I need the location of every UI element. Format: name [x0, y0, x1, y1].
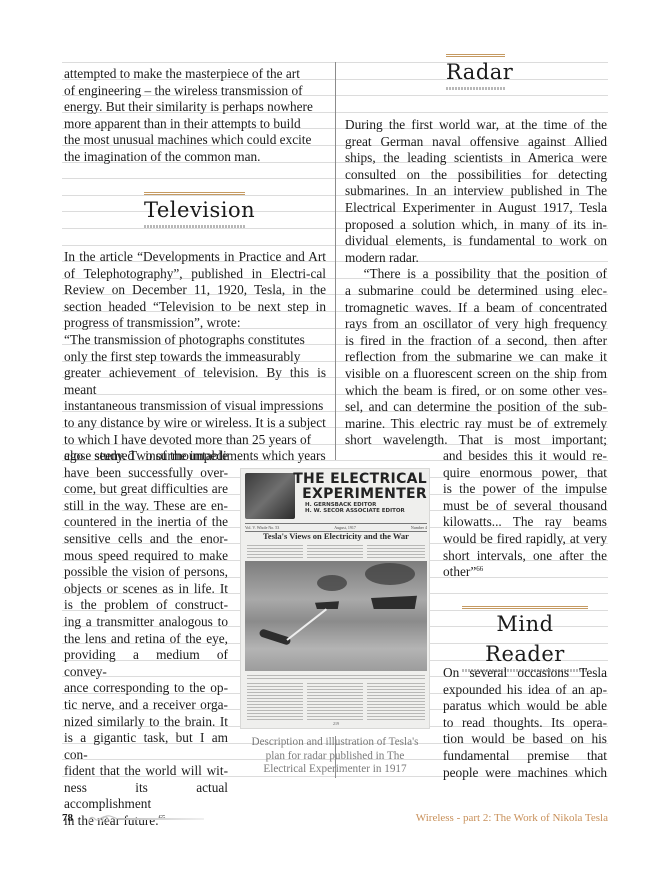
radar-quote-last-line: other”66: [443, 564, 607, 581]
intro-line: attempted to make the masterpiece of the…: [64, 66, 326, 83]
submarine: [259, 628, 292, 645]
radar-line: Electrical Experimenter in August 1917, …: [345, 200, 607, 217]
television-paragraph: In the article “Developments in Practice…: [64, 249, 326, 465]
mind-reader-line: people were machines which: [443, 765, 607, 782]
smoke-plume: [317, 575, 347, 591]
section-heading-mind-reader: Mind Reader: [462, 606, 588, 672]
quote-line: nized similarly to the brain. It: [64, 714, 228, 731]
article-text-block: [247, 675, 425, 681]
radar-quote-line: quire enormous power, that: [443, 465, 607, 482]
article-text-block: [367, 683, 425, 721]
magazine-title-line: EXPERIMENTER: [291, 487, 427, 502]
intro-line: more apparent than in their attempts to …: [64, 116, 326, 133]
quote-line: have been successfully over-: [64, 465, 228, 482]
radar-quote-line: would be fired rapidly, at very: [443, 531, 607, 548]
quote-line: to any distance by wire or wireless. It …: [64, 415, 326, 432]
intro-line: of engineering – the wireless transmissi…: [64, 83, 326, 100]
mind-reader-line: On several occasions Tesla: [443, 665, 607, 682]
footnote-ref-66[interactable]: 66: [476, 565, 483, 573]
radar-line: submarines. In an interview published in…: [345, 183, 607, 200]
radar-quote-line: “There is a possibility that the positio…: [345, 266, 607, 283]
heading-underline-ornament: [144, 225, 245, 228]
article-text-block: [307, 545, 363, 559]
radar-quote-line: short wavelength. That is most important…: [345, 432, 607, 449]
quote-line: instantaneous transmission of visual imp…: [64, 398, 326, 415]
quote-line: providing a medium of convey-: [64, 647, 228, 680]
radar-line: dividual elements, is fundamental to wor…: [345, 233, 607, 250]
page-number: 78: [62, 812, 73, 824]
quote-line: “The transmission of photographs constit…: [64, 332, 326, 349]
quote-line: sensitive cells and the enor-: [64, 531, 228, 548]
heading-title: Radar: [446, 57, 505, 87]
mind-reader-line: expounded his idea of an ap-: [443, 682, 607, 699]
radar-quote-line: kilowatts... The ray beams: [443, 514, 607, 531]
quote-line: is a gigantic task, but I am con-: [64, 730, 228, 763]
radar-quote-line: reflection from the submarine we can mak…: [345, 349, 607, 366]
radar-line: ships, the leading scientists in America…: [345, 150, 607, 167]
heading-title: Mind Reader: [462, 609, 588, 669]
quote-line: possible the vision of persons,: [64, 564, 228, 581]
ray-beam: [286, 608, 327, 640]
quote-line: ness its actual accomplishment: [64, 780, 228, 813]
radar-quote-line: rays from an oscillator of very high fre…: [345, 316, 607, 333]
quote-line: come, but great difficulties are: [64, 481, 228, 498]
quote-line: is the problem of construct-: [64, 597, 228, 614]
quote-line: ago seemed insurmountable: [64, 448, 228, 465]
radar-line: proposed a solution which, in many of it…: [345, 217, 607, 234]
magazine-editors: H. GERNSBACK EDITOR H. W. SECOR ASSOCIAT…: [305, 502, 405, 514]
article-text-block: [307, 683, 363, 721]
quote-line: still in the way. These are en-: [64, 498, 228, 515]
mind-reader-line: tion would be based on his: [443, 731, 607, 748]
television-intro-paragraph: In the article “Developments in Practice…: [64, 249, 326, 332]
mind-reader-line: paratus which would be able: [443, 698, 607, 715]
article-text-block: [247, 545, 303, 559]
warship: [315, 595, 339, 609]
footer-ornament: [86, 812, 206, 824]
magazine-article-title: Tesla's Views on Electricity and the War: [241, 531, 430, 541]
quote-line: to which I have devoted more than 25 yea…: [64, 432, 326, 449]
swirl-ornament-icon: [86, 813, 120, 825]
quote-line: objects or scenes as in life. It: [64, 581, 228, 598]
footer-rule: [118, 818, 204, 820]
caption-line: plan for radar published in The: [230, 750, 440, 764]
radar-quote-line: is the power of the impulse: [443, 481, 607, 498]
radar-quote-narrow: and besides this it would re- quire enor…: [443, 448, 607, 581]
mind-reader-line: to read thoughts. Its opera-: [443, 715, 607, 732]
article-text-block: [247, 683, 303, 721]
radar-quote-line: and besides this it would re-: [443, 448, 607, 465]
radar-quote-line: sel, and can determine the position of t…: [345, 399, 607, 416]
quote-line: fident that the world will wit-: [64, 763, 228, 780]
left-column-intro: attempted to make the masterpiece of the…: [64, 66, 326, 166]
radar-quote-last-text: other”: [443, 564, 476, 579]
radar-quote-line: which the beam is fired, or on some othe…: [345, 383, 607, 400]
caption-line: Description and illustration of Tesla's: [230, 736, 440, 750]
radar-quote-line: is fired in the fraction of a second, th…: [345, 333, 607, 350]
radar-paragraph: During the first world war, at the time …: [345, 117, 607, 449]
radar-quote-line: tromagnetic waves. If a beam of concentr…: [345, 300, 607, 317]
radar-quote-line: visible on a fluorescent screen on the s…: [345, 366, 607, 383]
quote-line: ance corresponding to the op-: [64, 680, 228, 697]
smoke-plume: [365, 563, 415, 585]
radar-quote-line: marine. This electric ray must be of ext…: [345, 416, 607, 433]
quote-line: countered in the inertia of the: [64, 514, 228, 531]
quote-line: tic nerve, and a receiver orga-: [64, 697, 228, 714]
radar-quote-line: short intervals, one after the: [443, 548, 607, 565]
magazine-page-number: 219: [241, 721, 430, 726]
radar-line: modern radar.: [345, 250, 607, 267]
radar-ship-illustration: [245, 561, 427, 671]
quote-line: mous speed required to make: [64, 548, 228, 565]
section-heading-television: Television: [144, 192, 245, 228]
intro-line: energy. But their similarity is perhaps …: [64, 99, 326, 116]
radar-line: consulted on the possibilities for detec…: [345, 167, 607, 184]
issue-date: August, 1917: [334, 525, 356, 530]
quote-line: greater achievement of television. By th…: [64, 365, 326, 398]
quote-line: ing a transmitter analogous to: [64, 614, 228, 631]
figure-caption: Description and illustration of Tesla's …: [230, 736, 440, 777]
magazine-page-image: THE ELECTRICAL EXPERIMENTER H. GERNSBACK…: [240, 468, 430, 729]
heading-title: Television: [144, 195, 245, 225]
issue-number: Number 4: [411, 525, 427, 530]
editor-line: H. W. SECOR ASSOCIATE EDITOR: [305, 508, 405, 514]
intro-line: the imagination of the common man.: [64, 149, 326, 166]
running-title: Wireless - part 2: The Work of Nikola Te…: [416, 812, 608, 824]
television-quote-narrow: ago seemed insurmountable have been succ…: [64, 448, 228, 830]
warship: [371, 587, 417, 609]
radar-quote-line: a submarine could be determined using el…: [345, 283, 607, 300]
masthead-illustration: [245, 473, 295, 519]
column-divider-top: [335, 62, 336, 460]
magazine-title-line: THE ELECTRICAL: [291, 472, 427, 487]
magazine-title: THE ELECTRICAL EXPERIMENTER: [291, 472, 427, 502]
quote-line: the lens and retina of the eye,: [64, 631, 228, 648]
mind-reader-paragraph: On several occasions Tesla expounded his…: [443, 665, 607, 781]
radar-quote-line: must be of several thousand: [443, 498, 607, 515]
article-text-block: [367, 545, 425, 559]
heading-underline-ornament: [446, 87, 505, 90]
intro-line: the most unusual machines which could ex…: [64, 132, 326, 149]
section-heading-radar: Radar: [446, 54, 505, 90]
quote-line: only the first step towards the immeasur…: [64, 349, 326, 366]
radar-line: During the first world war, at the time …: [345, 117, 607, 134]
issue-volume: Vol. V. Whole No. 53: [245, 525, 279, 530]
mind-reader-line: fundamental premise that: [443, 748, 607, 765]
radar-line: great German naval offensive against All…: [345, 134, 607, 151]
caption-line: Electrical Experimenter in 1917: [230, 763, 440, 777]
